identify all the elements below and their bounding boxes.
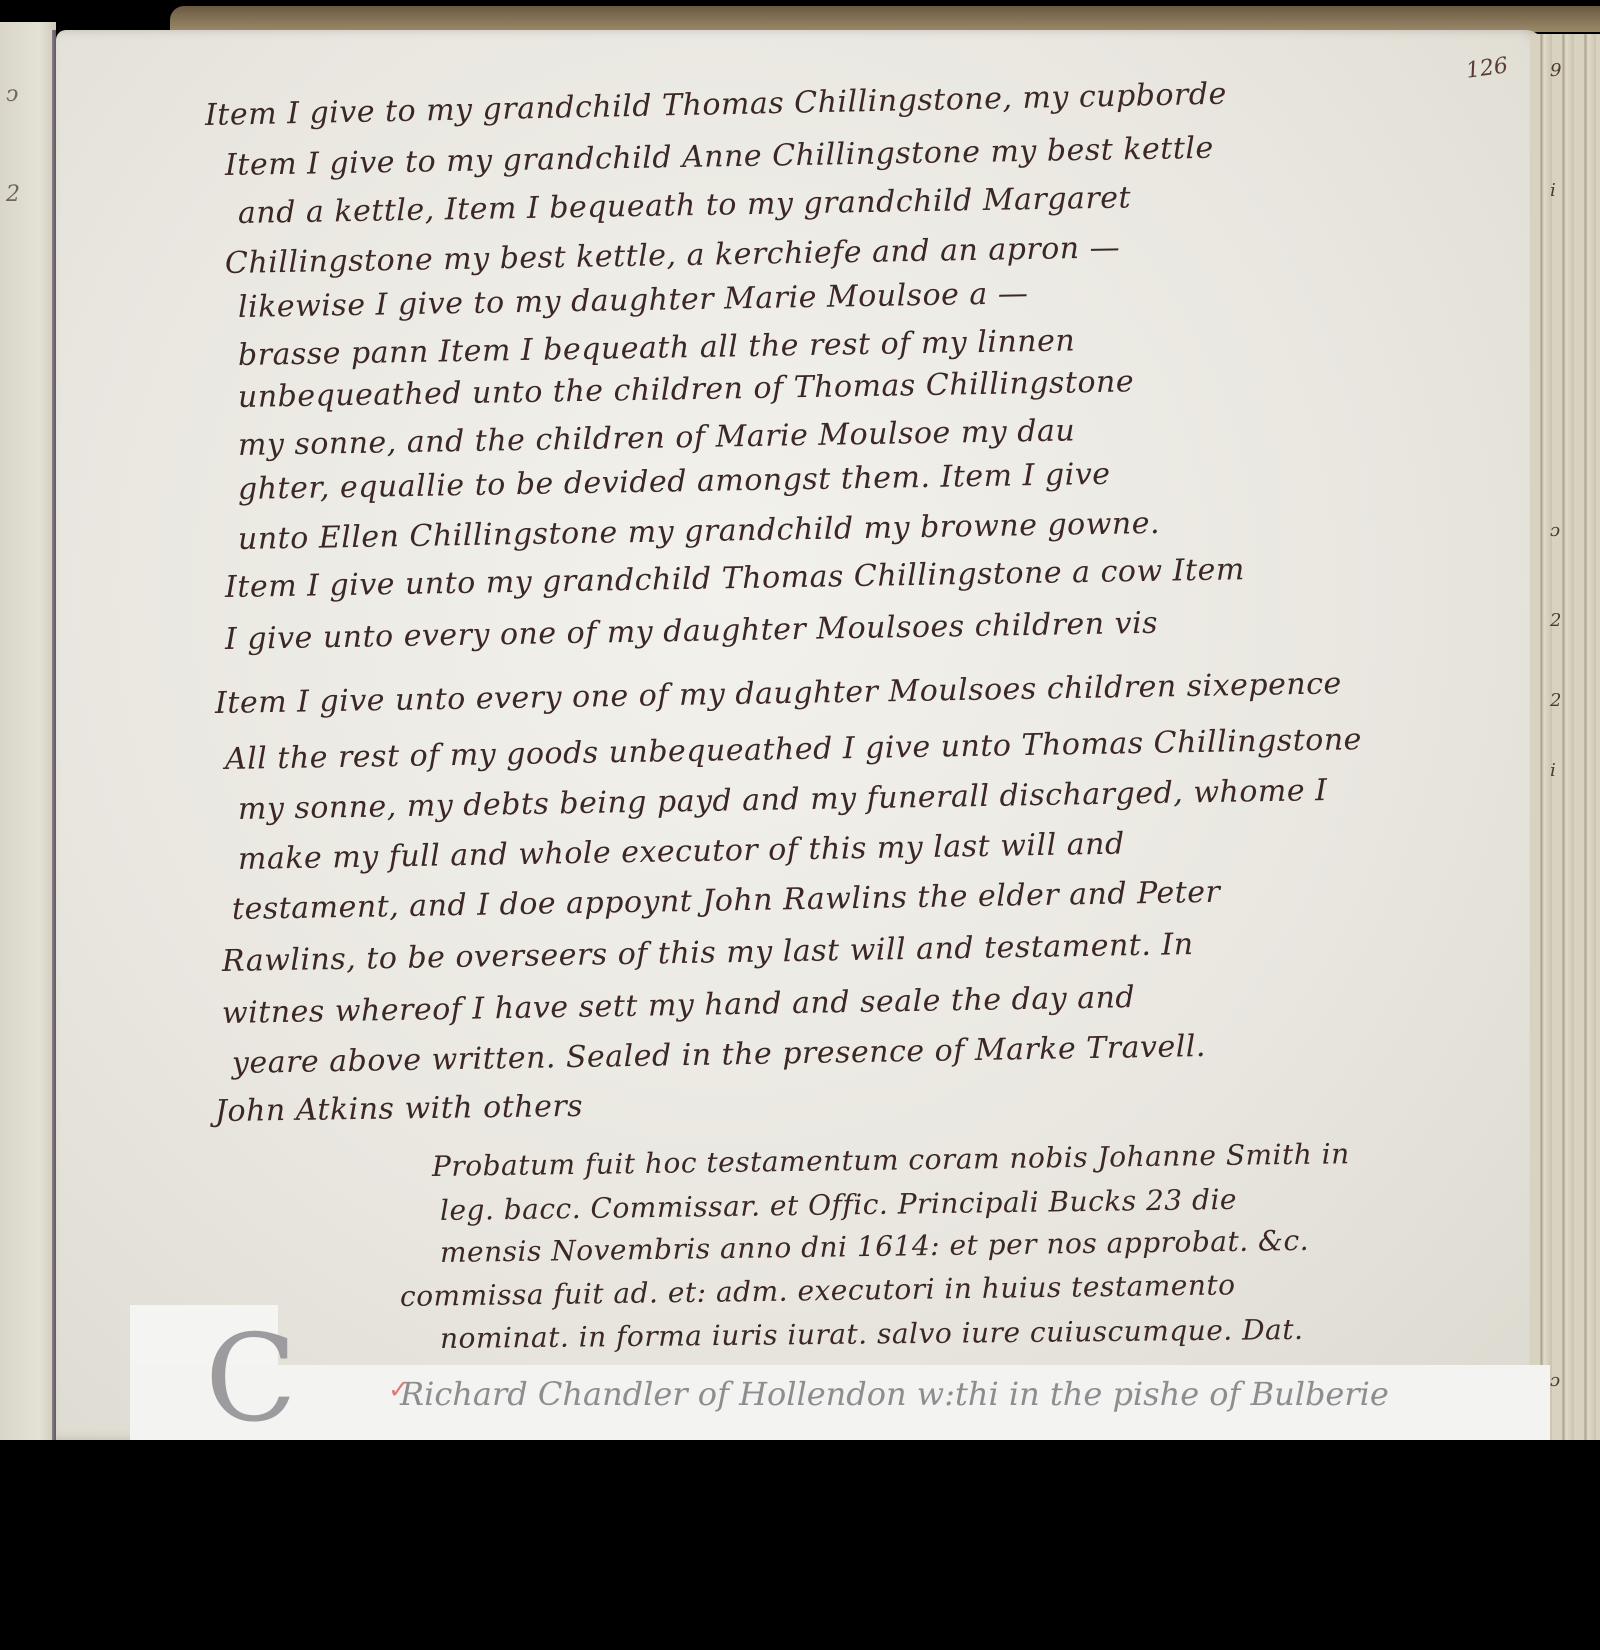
left-margin-mark: 2: [6, 182, 20, 207]
edge-mark: i: [1550, 180, 1556, 201]
black-background-band: [0, 1440, 1600, 1650]
edge-mark: 2: [1550, 610, 1561, 631]
next-entry-heading: Richard Chandler of Hollendon w:thi in t…: [400, 1375, 1389, 1413]
edge-mark: i: [1550, 760, 1556, 781]
edge-mark: 2: [1550, 690, 1561, 711]
page-edges-stack: [1530, 34, 1600, 1440]
left-facing-page: ↄ 2: [0, 22, 56, 1440]
left-margin-mark: ↄ: [6, 82, 18, 107]
will-line-21: John Atkins with others: [215, 1089, 584, 1129]
book-gutter: [52, 30, 56, 1440]
edge-mark: 9: [1550, 60, 1561, 81]
check-mark-icon: ✓: [388, 1375, 410, 1405]
book-cover-top-edge: [170, 6, 1600, 32]
decorative-initial: C: [205, 1320, 297, 1440]
edge-mark: ɔ: [1550, 1370, 1560, 1391]
pasted-strip: Richard Chandler of Hollendon w:thi in t…: [130, 1365, 1550, 1440]
edge-mark: ɔ: [1550, 520, 1560, 541]
